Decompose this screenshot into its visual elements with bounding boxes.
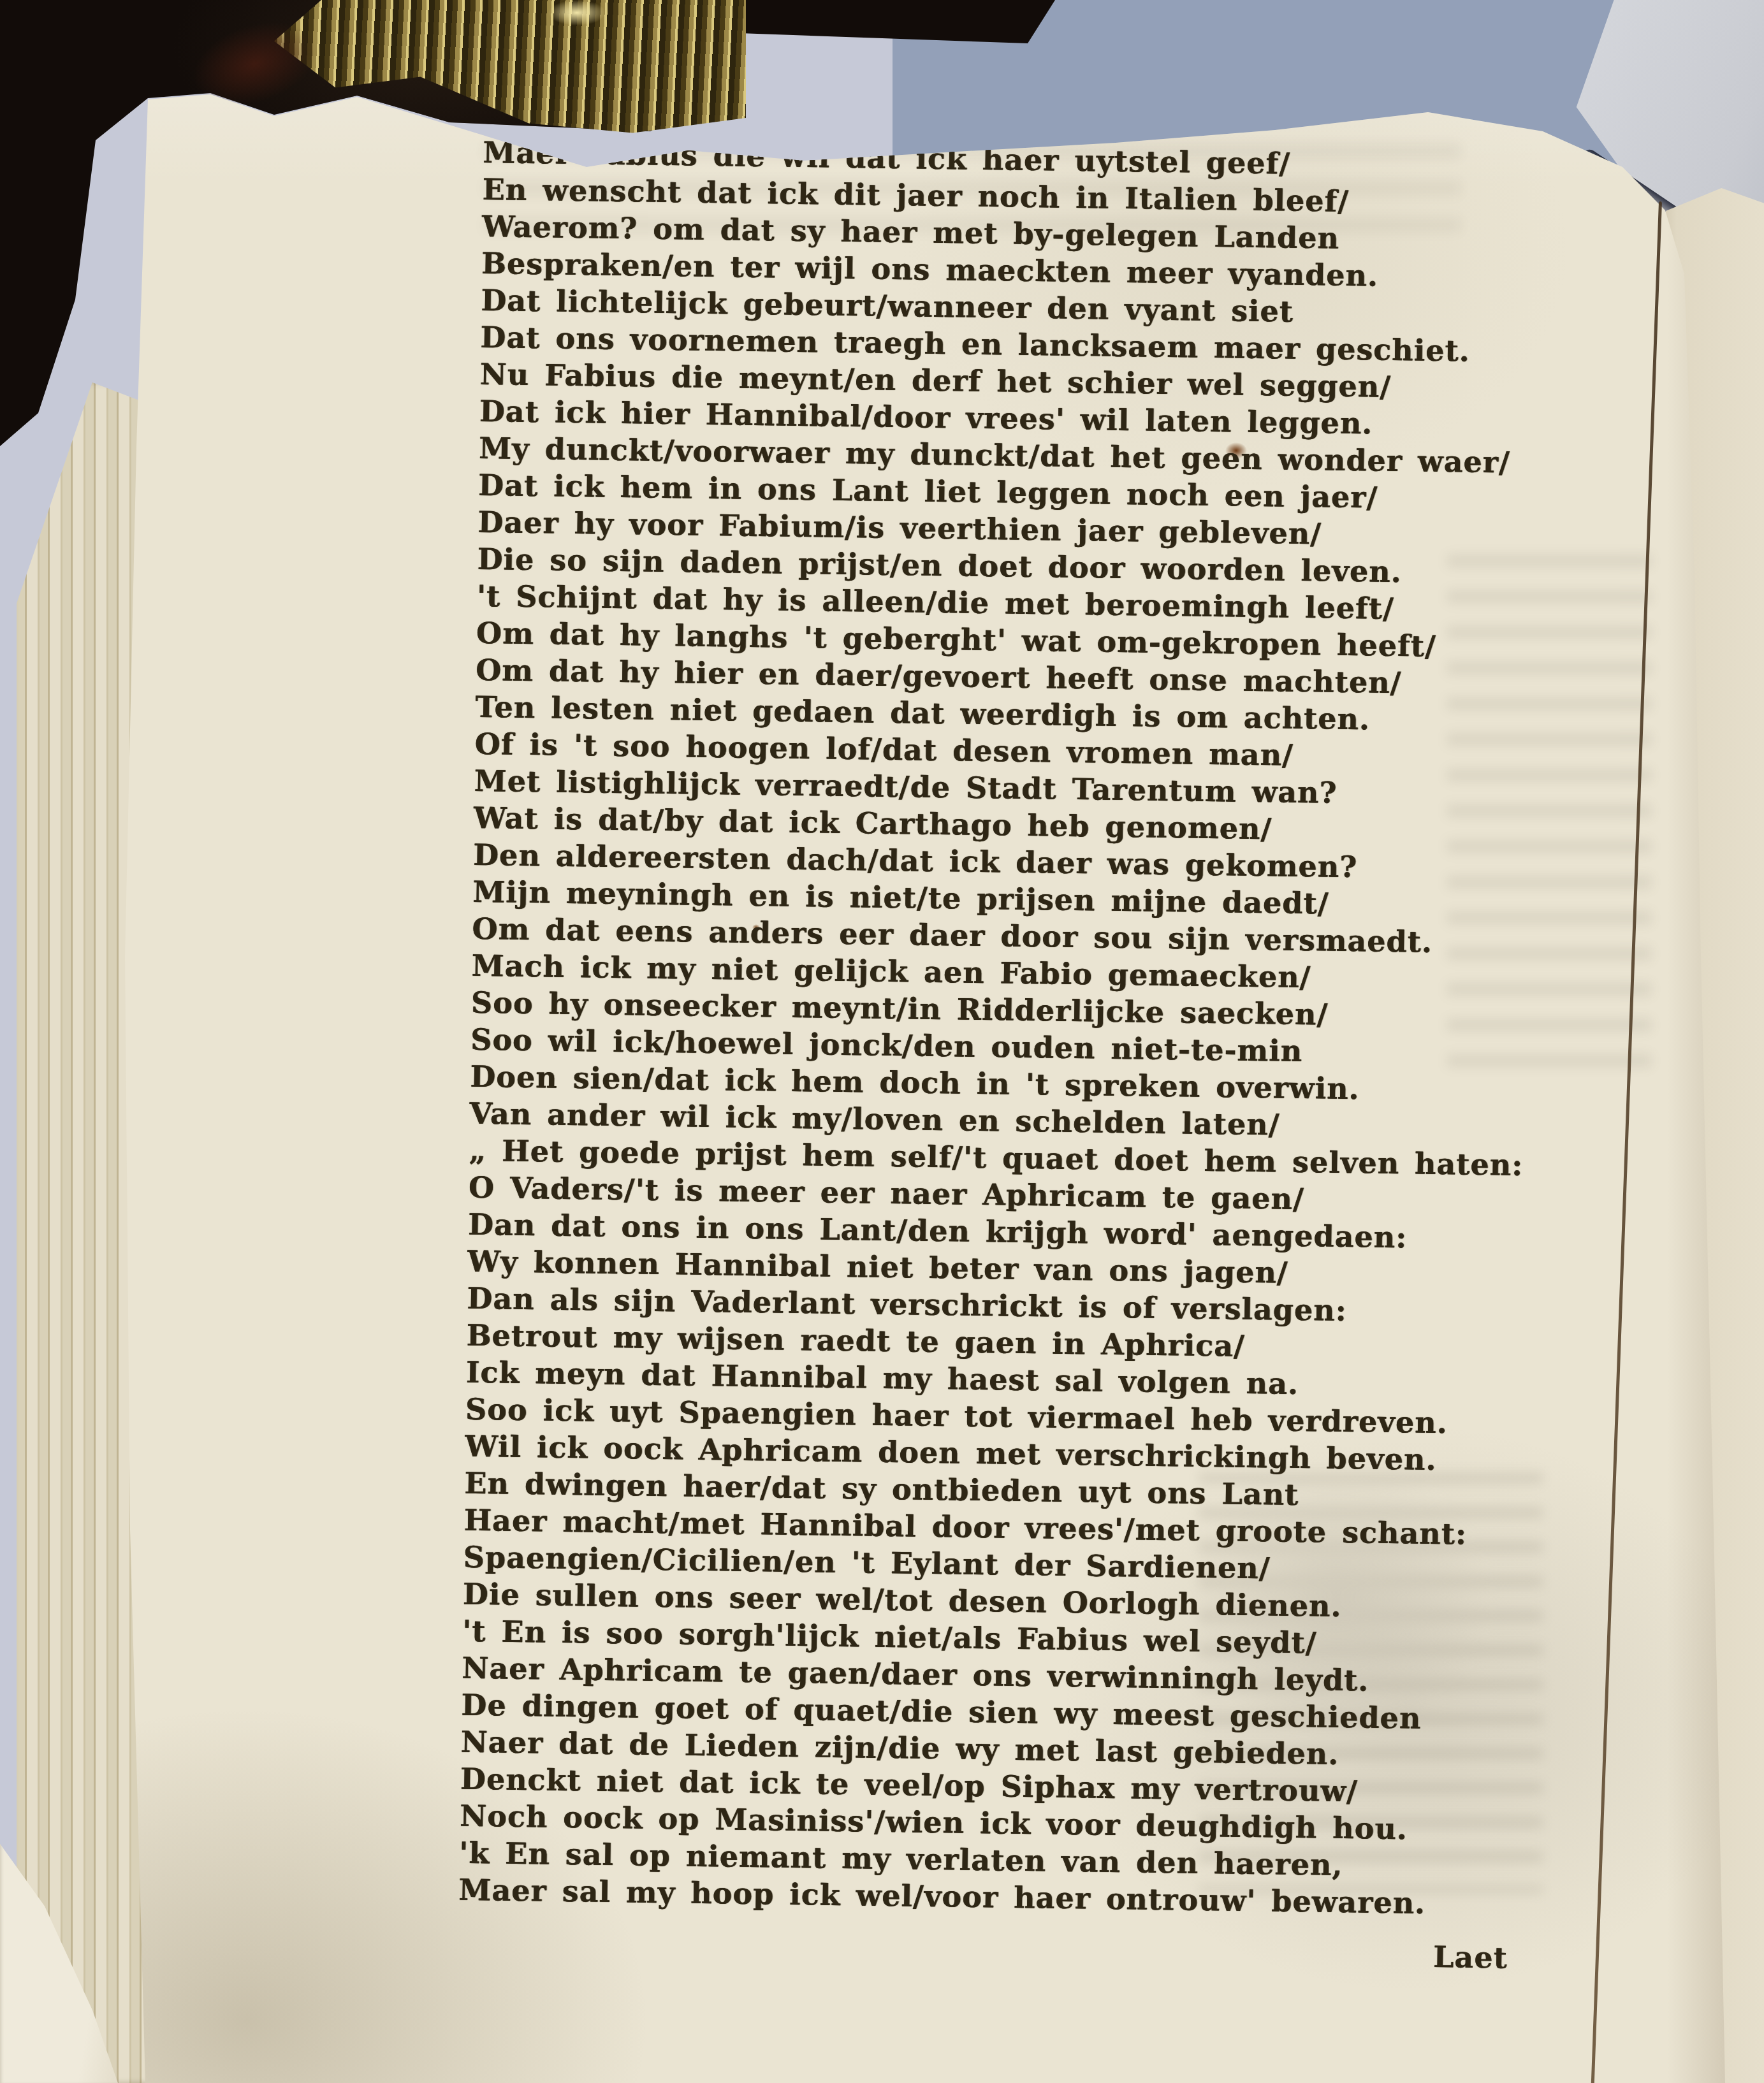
gilt-highlight: [548, 0, 606, 25]
book-page: Maer Fabius die wil dat ick haer uytstel…: [0, 0, 1764, 2083]
verse-lines: Maer Fabius die wil dat ick haer uytstel…: [458, 134, 1582, 1924]
page-text-block: Maer Fabius die wil dat ick haer uytstel…: [458, 134, 1582, 1924]
catchword: Laet: [1433, 1940, 1508, 1975]
